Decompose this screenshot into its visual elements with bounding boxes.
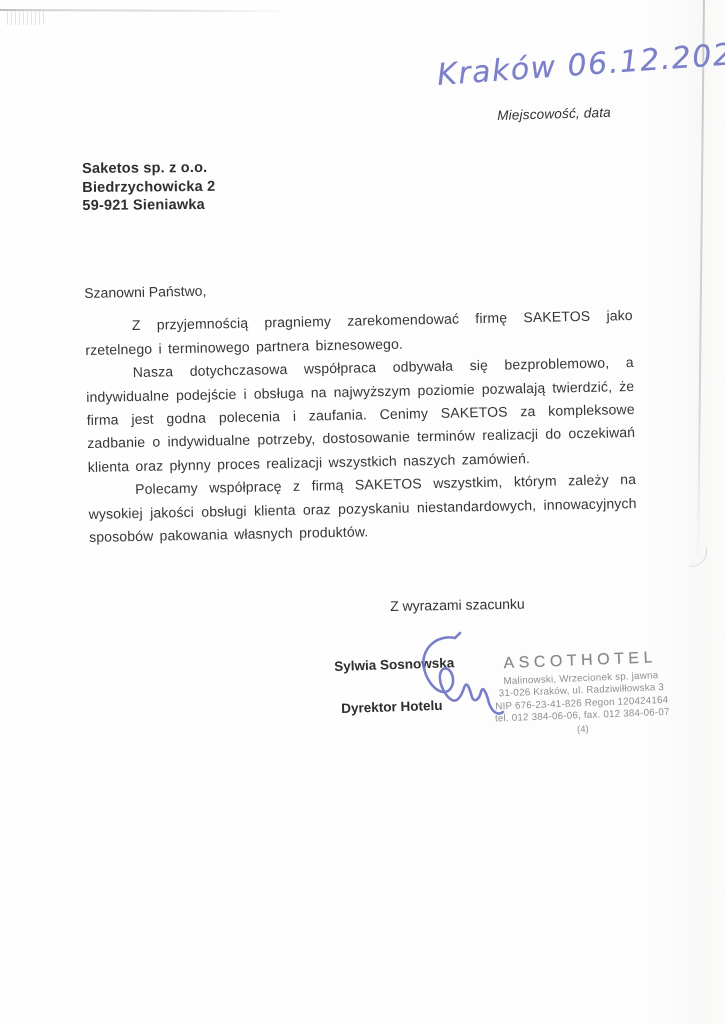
company-stamp: ASCOTHOTEL Malinowski, Wrzecionek sp. ja… (455, 647, 708, 740)
paragraph-3: Polecamy współpracę z firmą SAKETOS wszy… (88, 468, 637, 549)
closing-phrase: Z wyrazami szacunku (390, 596, 525, 614)
scanned-letter-page: Kraków 06.12.2024 Miejscowość, data Sake… (0, 0, 725, 1024)
page-fold-edge (697, 0, 705, 561)
place-date-caption: Miejscowość, data (497, 105, 611, 123)
scan-artifact-smudge (7, 11, 45, 25)
recipient-address-block: Saketos sp. z o.o. Biedrzychowicka 2 59-… (82, 159, 216, 216)
recipient-company: Saketos sp. z o.o. (82, 159, 215, 179)
paragraph-2: Nasza dotychczasowa współpraca odbywała … (86, 351, 636, 479)
recipient-city: 59-921 Sieniawka (82, 196, 215, 216)
handwritten-place-date: Kraków 06.12.2024 (436, 38, 725, 93)
recipient-street: Biedrzychowicka 2 (82, 177, 215, 197)
salutation: Szanowni Państwo, (84, 271, 632, 305)
letter-body: Szanowni Państwo, Z przyjemnością pragni… (84, 271, 637, 549)
page-fold-edge-curve (689, 548, 707, 567)
